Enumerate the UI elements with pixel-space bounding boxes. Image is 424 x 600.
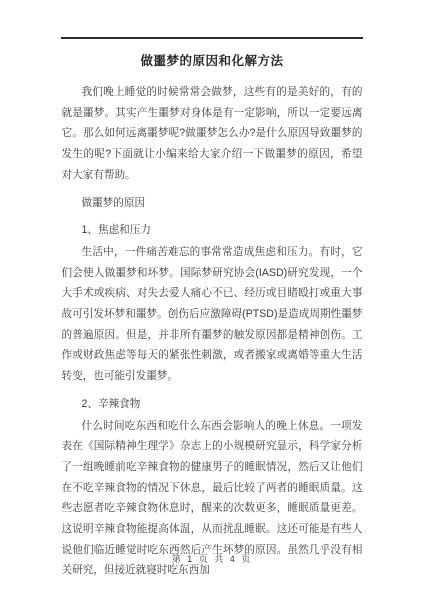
page-number-footer: 第 1 页 共 4 页 — [0, 552, 424, 566]
section-heading: 1、焦虑和压力 — [62, 220, 363, 241]
body-paragraph: 我们晚上睡觉的时候常常会做梦，这些有的是美好的，有的就是噩梦。其实产生噩梦对身体… — [62, 82, 363, 186]
section-heading: 2、辛辣食物 — [62, 394, 363, 415]
section-heading: 做噩梦的原因 — [62, 193, 363, 214]
document-title: 做噩梦的原因和化解方法 — [0, 0, 424, 69]
document-page: 做噩梦的原因和化解方法 我们晚上睡觉的时候常常会做梦，这些有的是美好的，有的就是… — [0, 0, 424, 600]
body-paragraph: 生活中，一件痛苦难忘的事常常造成焦虑和压力。有时，它们会使人做噩梦和坏梦。国际梦… — [62, 242, 363, 387]
header-rule — [61, 37, 363, 39]
document-body: 我们晚上睡觉的时候常常会做梦，这些有的是美好的，有的就是噩梦。其实产生噩梦对身体… — [62, 69, 363, 581]
